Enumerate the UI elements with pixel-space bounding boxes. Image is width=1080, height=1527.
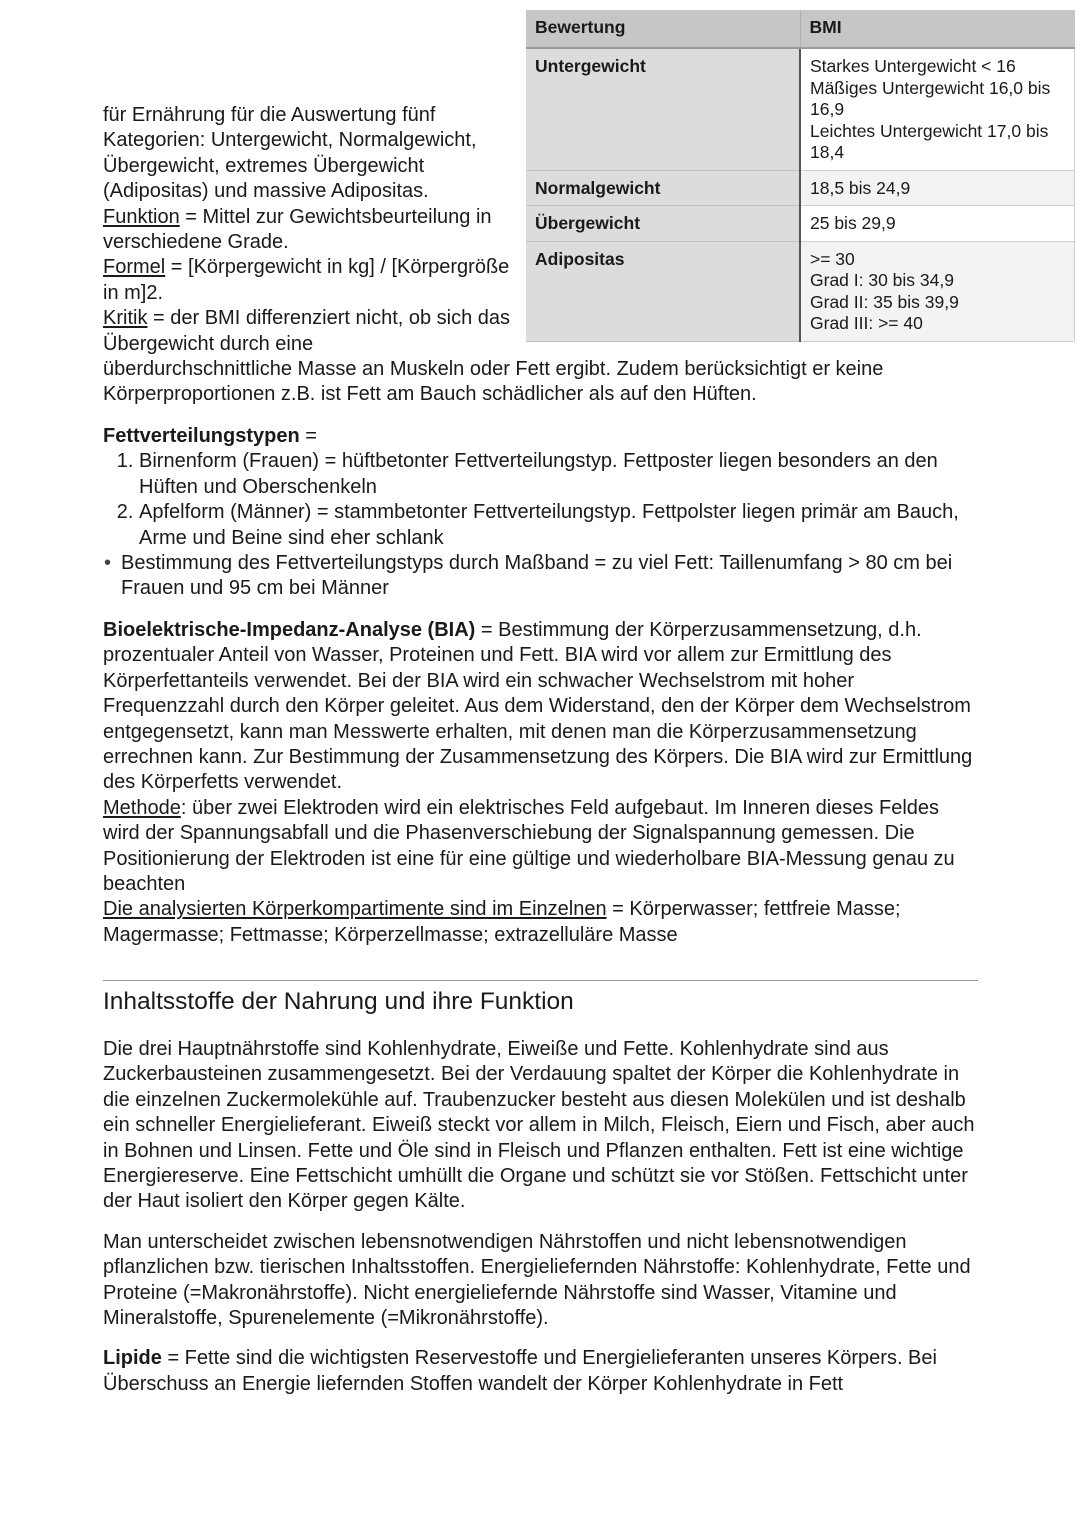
bia-section: Bioelektrische-Impedanz-Analyse (BIA) = … xyxy=(103,618,978,948)
kritik-text: = der BMI differenziert nicht, ob sich d… xyxy=(103,307,510,354)
methode-paragraph: Methode: über zwei Elektroden wird ein e… xyxy=(103,796,978,898)
inhaltsstoffe-section: Die drei Hauptnährstoffe sind Kohlenhydr… xyxy=(103,1037,978,1397)
fettverteilung-bullets: Bestimmung des Fettverteilungstyps durch… xyxy=(103,551,978,602)
fettverteilung-title: Fettverteilungstypen xyxy=(103,425,300,447)
fettverteilung-section: Fettverteilungstypen = Birnenform (Fraue… xyxy=(103,424,978,602)
lipide-paragraph: Lipide = Fette sind die wichtigsten Rese… xyxy=(103,1346,978,1397)
fettverteilung-title-line: Fettverteilungstypen = xyxy=(103,424,978,449)
list-item: Apfelform (Männer) = stammbetonter Fettv… xyxy=(139,500,978,551)
bia-paragraph: Bioelektrische-Impedanz-Analyse (BIA) = … xyxy=(103,618,978,796)
bia-title: Bioelektrische-Impedanz-Analyse (BIA) xyxy=(103,619,475,641)
bia-text: = Bestimmung der Körperzusammensetzung, … xyxy=(103,619,972,793)
list-item: Bestimmung des Fettverteilungstyps durch… xyxy=(121,551,978,602)
lipide-label: Lipide xyxy=(103,1347,162,1369)
fettverteilung-list: Birnenform (Frauen) = hüftbetonter Fettv… xyxy=(103,449,978,551)
list-item: Birnenform (Frauen) = hüftbetonter Fettv… xyxy=(139,449,978,500)
bmi-intro-paragraph: für Ernährung für die Auswertung fünf Ka… xyxy=(103,103,518,357)
section-divider xyxy=(103,980,978,981)
funktion-label: Funktion xyxy=(103,206,180,228)
header-bmi: BMI xyxy=(800,10,1075,48)
value-line: Starkes Untergewicht < 16 xyxy=(810,56,1065,78)
methode-label: Methode xyxy=(103,797,181,819)
bmi-table-header: Bewertung BMI xyxy=(526,10,1075,48)
kritik-text-continued: überdurchschnittliche Masse an Muskeln o… xyxy=(103,357,978,408)
kompartimente-label: Die analysierten Körperkompartimente sin… xyxy=(103,898,607,920)
hauptnaehrstoffe-paragraph: Die drei Hauptnährstoffe sind Kohlenhydr… xyxy=(103,1037,978,1215)
kritik-label: Kritik xyxy=(103,307,147,329)
bmi-intro: für Ernährung für die Auswertung fünf Ka… xyxy=(103,103,978,408)
kompartimente-paragraph: Die analysierten Körperkompartimente sin… xyxy=(103,897,978,948)
section-heading: Inhaltsstoffe der Nahrung und ihre Funkt… xyxy=(103,987,574,1017)
lipide-text: = Fette sind die wichtigsten Reservestof… xyxy=(103,1347,937,1394)
title-suffix: = xyxy=(300,425,317,447)
bmi-categories-text: für Ernährung für die Auswertung fünf Ka… xyxy=(103,104,477,202)
formel-label: Formel xyxy=(103,256,165,278)
methode-text: : über zwei Elektroden wird ein elektris… xyxy=(103,797,955,895)
naehrstoffe-paragraph: Man unterscheidet zwischen lebensnotwend… xyxy=(103,1230,978,1332)
header-bewertung: Bewertung xyxy=(526,10,800,48)
